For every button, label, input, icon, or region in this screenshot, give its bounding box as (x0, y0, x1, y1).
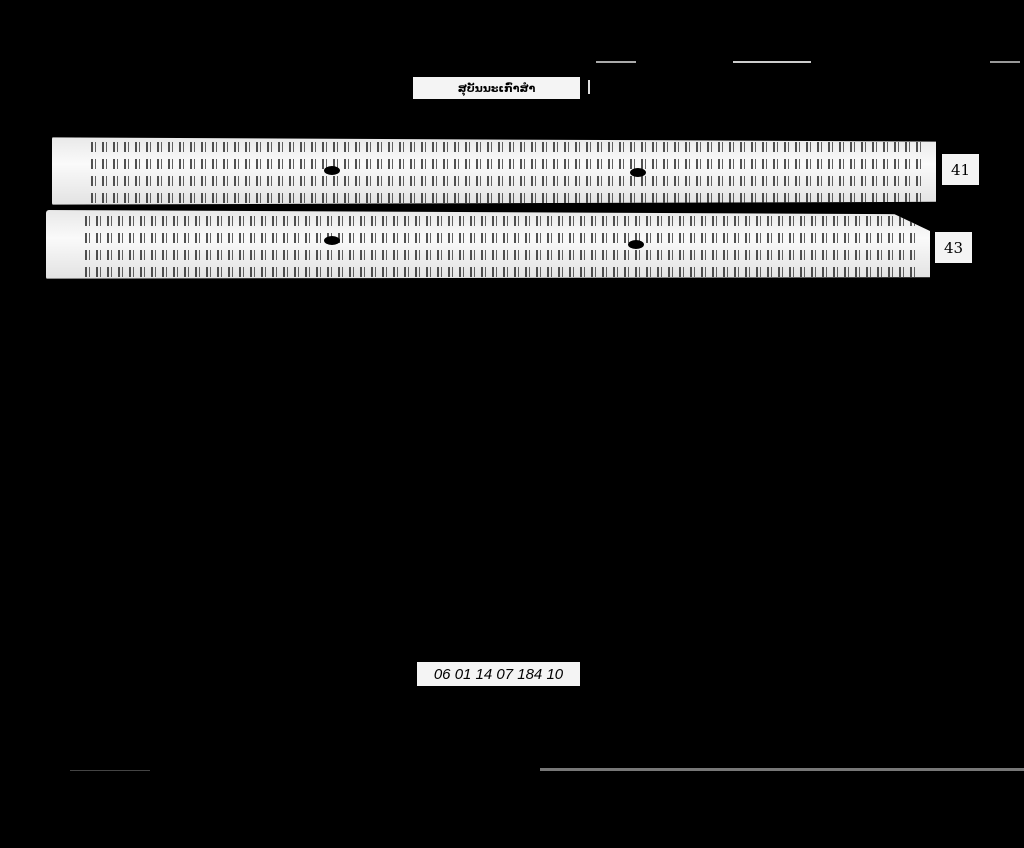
palm-leaf-1 (52, 136, 936, 206)
script-line (88, 156, 922, 172)
binding-hole (628, 240, 644, 249)
script-line (82, 264, 916, 280)
leaf-text-block (52, 136, 936, 206)
script-line (82, 213, 916, 229)
page-number-text: 43 (944, 239, 963, 257)
page-number-43: 43 (935, 232, 972, 263)
script-line (88, 139, 922, 155)
script-line (82, 247, 916, 263)
leaf-text-block (46, 210, 930, 280)
page-number-41: 41 (942, 154, 979, 185)
binding-hole (324, 166, 340, 175)
binding-hole (324, 236, 340, 245)
script-line (82, 230, 916, 246)
film-scratch (540, 768, 1024, 771)
film-scratch (596, 61, 636, 63)
film-scratch (70, 770, 150, 771)
manuscript-title-text: ສຸບັນນະເກົ່າສຳ (458, 82, 536, 95)
manuscript-title-label: ສຸບັນນະເກົ່າສຳ (413, 77, 580, 99)
script-line (88, 173, 922, 189)
film-scratch (733, 61, 811, 63)
film-mark (588, 80, 590, 94)
page-number-text: 41 (951, 161, 970, 179)
script-line (88, 190, 922, 206)
reel-number-text: 06 01 14 07 184 10 (434, 666, 563, 683)
palm-leaf-2 (46, 210, 930, 280)
reel-number-label: 06 01 14 07 184 10 (417, 662, 580, 686)
film-scratch (990, 61, 1020, 63)
binding-hole (630, 168, 646, 177)
